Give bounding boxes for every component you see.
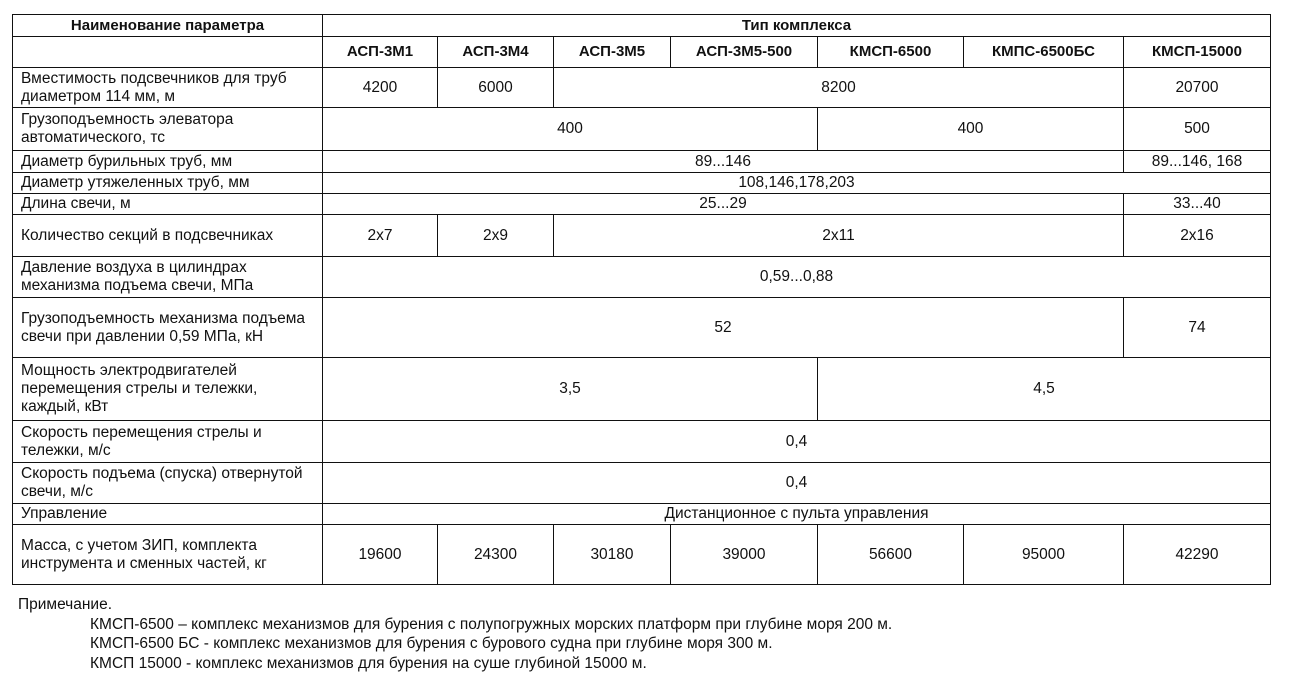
value-cell: 2x9 [438,215,554,257]
table-row: Скорость подъема (спуска) отвернутой све… [13,463,1271,504]
value-cell: 2x16 [1124,215,1271,257]
value-cell: 2x7 [323,215,438,257]
value-cell: 108,146,178,203 [323,173,1271,194]
table-row: Вместимость подсвечников для труб диамет… [13,68,1271,108]
param-label: Мощность электродвигателей перемещения с… [13,358,323,421]
value-cell: 400 [818,108,1124,151]
table-row: Количество секций в подсвечниках 2x7 2x9… [13,215,1271,257]
param-label: Количество секций в подсвечниках [13,215,323,257]
table-row: Масса, с учетом ЗИП, комплекта инструмен… [13,525,1271,585]
table-row: Скорость перемещения стрелы и тележки, м… [13,421,1271,463]
table-row: Длина свечи, м 25...29 33...40 [13,194,1271,215]
value-cell: 2x11 [554,215,1124,257]
note-line: КМСП-6500 – комплекс механизмов для буре… [18,615,892,635]
value-cell: 6000 [438,68,554,108]
empty-header-cell [13,37,323,68]
param-column-header: Наименование параметра [13,15,323,37]
param-label: Скорость подъема (спуска) отвернутой све… [13,463,323,504]
table-row: Грузоподъемность механизма подъема свечи… [13,298,1271,358]
value-cell: 500 [1124,108,1271,151]
table-row: Управление Дистанционное с пульта управл… [13,504,1271,525]
value-cell: 24300 [438,525,554,585]
value-cell: 400 [323,108,818,151]
value-cell: 52 [323,298,1124,358]
value-cell: 25...29 [323,194,1124,215]
note-line: КМСП 15000 - комплекс механизмов для бур… [18,654,892,674]
column-header: АСП-3М1 [323,37,438,68]
param-label: Длина свечи, м [13,194,323,215]
complex-type-header: Тип комплекса [323,15,1271,37]
value-cell: 42290 [1124,525,1271,585]
param-label: Управление [13,504,323,525]
notes-title: Примечание. [18,595,892,615]
note-line: КМСП-6500 БС - комплекс механизмов для б… [18,634,892,654]
value-cell: 20700 [1124,68,1271,108]
param-label: Вместимость подсвечников для труб диамет… [13,68,323,108]
param-label: Диаметр бурильных труб, мм [13,151,323,173]
value-cell: 0,4 [323,463,1271,504]
notes-section: Примечание. КМСП-6500 – комплекс механиз… [18,595,892,673]
table-row: Грузоподъемность элеватора автоматическо… [13,108,1271,151]
header-row-1: Наименование параметра Тип комплекса [13,15,1271,37]
table-row: Давление воздуха в цилиндрах механизма п… [13,257,1271,298]
param-label: Грузоподъемность механизма подъема свечи… [13,298,323,358]
column-header: АСП-3М5 [554,37,671,68]
value-cell: 30180 [554,525,671,585]
value-cell: 0,59...0,88 [323,257,1271,298]
param-label: Диаметр утяжеленных труб, мм [13,173,323,194]
value-cell: 0,4 [323,421,1271,463]
param-label: Масса, с учетом ЗИП, комплекта инструмен… [13,525,323,585]
specification-table: Наименование параметра Тип комплекса АСП… [12,14,1271,585]
value-cell: 56600 [818,525,964,585]
column-header: АСП-3М4 [438,37,554,68]
value-cell: 74 [1124,298,1271,358]
value-cell: Дистанционное с пульта управления [323,504,1271,525]
column-header: КМСП-6500 [818,37,964,68]
header-row-2: АСП-3М1 АСП-3М4 АСП-3М5 АСП-3М5-500 КМСП… [13,37,1271,68]
column-header: КМПС-6500БС [964,37,1124,68]
value-cell: 39000 [671,525,818,585]
param-label: Грузоподъемность элеватора автоматическо… [13,108,323,151]
value-cell: 89...146 [323,151,1124,173]
value-cell: 4200 [323,68,438,108]
column-header: АСП-3М5-500 [671,37,818,68]
table-row: Мощность электродвигателей перемещения с… [13,358,1271,421]
value-cell: 89...146, 168 [1124,151,1271,173]
table-row: Диаметр бурильных труб, мм 89...146 89..… [13,151,1271,173]
param-label: Скорость перемещения стрелы и тележки, м… [13,421,323,463]
value-cell: 95000 [964,525,1124,585]
value-cell: 8200 [554,68,1124,108]
column-header: КМСП-15000 [1124,37,1271,68]
value-cell: 4,5 [818,358,1271,421]
value-cell: 19600 [323,525,438,585]
param-label: Давление воздуха в цилиндрах механизма п… [13,257,323,298]
value-cell: 3,5 [323,358,818,421]
table-row: Диаметр утяжеленных труб, мм 108,146,178… [13,173,1271,194]
value-cell: 33...40 [1124,194,1271,215]
